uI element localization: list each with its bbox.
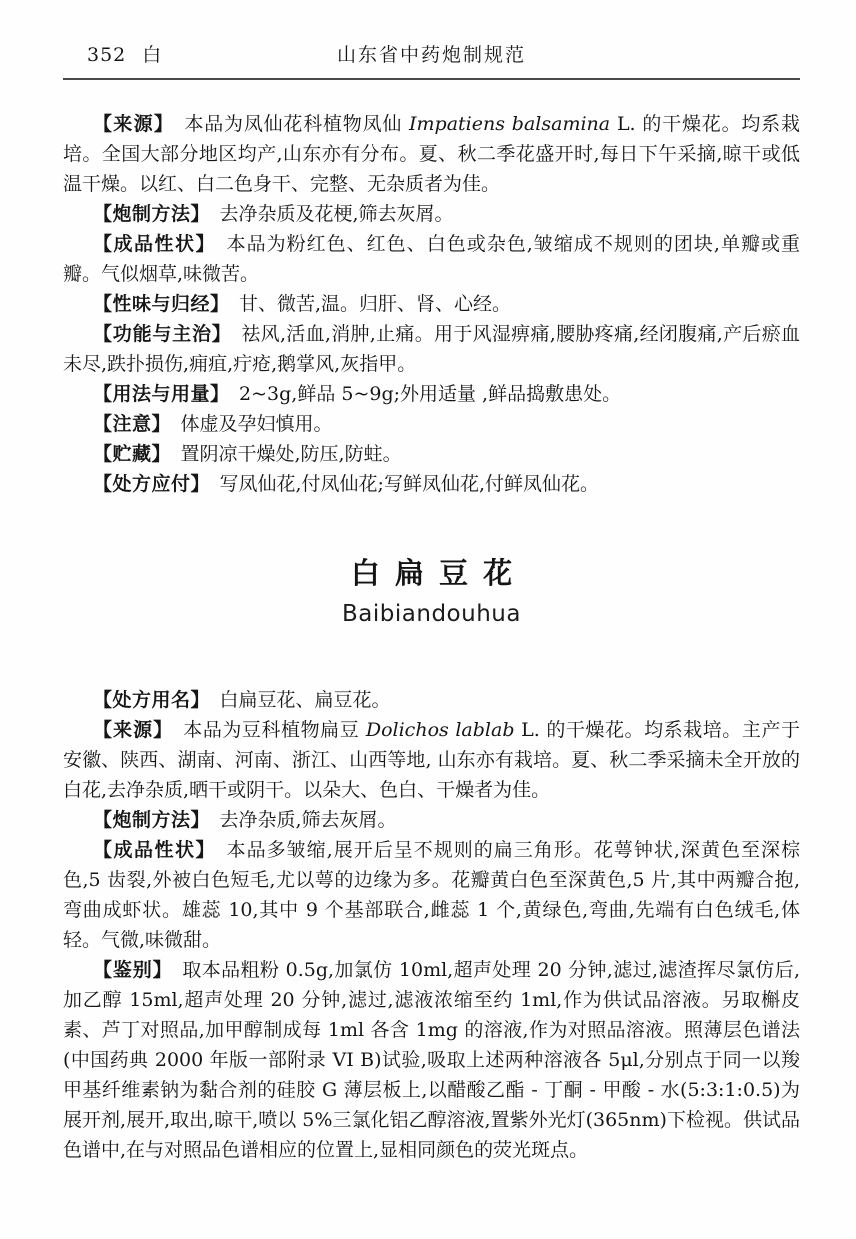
paragraph: 【成品性状】 本品多皱缩,展开后呈不规则的扁三角形。花萼钟状,深黄色至深棕色,5… bbox=[63, 835, 800, 955]
section-label: 【成品性状】 bbox=[93, 839, 207, 861]
section-label: 【用法与用量】 bbox=[93, 383, 220, 405]
section-label: 【注意】 bbox=[93, 413, 162, 435]
text-run: 本品为凤仙花科植物凤仙 bbox=[165, 113, 409, 135]
text-run: 白扁豆花、扁豆花。 bbox=[201, 689, 391, 711]
text-run: 置阴凉干燥处,防压,防蛀。 bbox=[162, 443, 402, 465]
section-label: 【贮藏】 bbox=[93, 443, 162, 465]
monograph-heading: 白扁豆花 Baibiandouhua bbox=[63, 551, 800, 627]
section-label: 【成品性状】 bbox=[93, 233, 207, 255]
paragraph: 【性味与归经】 甘、微苦,温。归肝、肾、心经。 bbox=[63, 289, 800, 319]
latin-binomial: Dolichos lablab bbox=[366, 719, 515, 741]
text-run: 去净杂质及花梗,筛去灰屑。 bbox=[201, 203, 454, 225]
text-run: 2~3g,鲜品 5~9g;外用适量 ,鲜品捣敷患处。 bbox=[220, 383, 621, 405]
paragraph: 【功能与主治】 祛风,活血,消肿,止痛。用于风湿痹痛,腰胁疼痛,经闭腹痛,产后瘀… bbox=[63, 319, 800, 379]
text-run: 写凤仙花,付凤仙花;写鲜凤仙花,付鲜凤仙花。 bbox=[201, 473, 599, 495]
page-header: 352白 山东省中药炮制规范 bbox=[63, 42, 800, 80]
section-label: 【来源】 bbox=[93, 113, 165, 135]
paragraph: 【鉴别】 取本品粗粉 0.5g,加氯仿 10ml,超声处理 20 分钟,滤过,滤… bbox=[63, 955, 800, 1165]
monograph-baibiandouhua-body: 【处方用名】 白扁豆花、扁豆花。【来源】 本品为豆科植物扁豆 Dolichos … bbox=[63, 685, 800, 1165]
text-run: 取本品粗粉 0.5g,加氯仿 10ml,超声处理 20 分钟,滤过,滤渣挥尽氯仿… bbox=[63, 959, 800, 1161]
text-run: 本品为豆科植物扁豆 bbox=[164, 719, 366, 741]
paragraph: 【用法与用量】 2~3g,鲜品 5~9g;外用适量 ,鲜品捣敷患处。 bbox=[63, 379, 800, 409]
paragraph: 【成品性状】 本品为粉红色、红色、白色或杂色,皱缩成不规则的团块,单瓣或重瓣。气… bbox=[63, 229, 800, 289]
section-label: 【炮制方法】 bbox=[93, 203, 201, 225]
section-label: 【鉴别】 bbox=[93, 959, 163, 981]
paragraph: 【处方用名】 白扁豆花、扁豆花。 bbox=[63, 685, 800, 715]
paragraph: 【来源】 本品为凤仙花科植物凤仙 Impatiens balsamina L. … bbox=[63, 109, 800, 199]
section-label: 【来源】 bbox=[93, 719, 164, 741]
latin-binomial: Impatiens balsamina bbox=[409, 113, 610, 135]
section-label: 【功能与主治】 bbox=[93, 323, 222, 345]
paragraph: 【处方应付】 写凤仙花,付凤仙花;写鲜凤仙花,付鲜凤仙花。 bbox=[63, 469, 800, 499]
text-run: 体虚及孕妇慎用。 bbox=[162, 413, 333, 435]
text-run: 去净杂质,筛去灰屑。 bbox=[201, 809, 397, 831]
running-title: 山东省中药炮制规范 bbox=[63, 42, 800, 68]
section-label: 【处方用名】 bbox=[93, 689, 201, 711]
section-label: 【性味与归经】 bbox=[93, 293, 220, 315]
paragraph: 【注意】 体虚及孕妇慎用。 bbox=[63, 409, 800, 439]
monograph-fengxianhua-body: 【来源】 本品为凤仙花科植物凤仙 Impatiens balsamina L. … bbox=[63, 109, 800, 499]
monograph-pinyin: Baibiandouhua bbox=[63, 601, 800, 627]
book-page: 352白 山东省中药炮制规范 【来源】 本品为凤仙花科植物凤仙 Impatien… bbox=[0, 0, 856, 1239]
section-label: 【处方应付】 bbox=[93, 473, 201, 495]
section-label: 【炮制方法】 bbox=[93, 809, 201, 831]
paragraph: 【炮制方法】 去净杂质,筛去灰屑。 bbox=[63, 805, 800, 835]
paragraph: 【炮制方法】 去净杂质及花梗,筛去灰屑。 bbox=[63, 199, 800, 229]
paragraph: 【贮藏】 置阴凉干燥处,防压,防蛀。 bbox=[63, 439, 800, 469]
monograph-title: 白扁豆花 bbox=[63, 551, 800, 592]
text-run: 甘、微苦,温。归肝、肾、心经。 bbox=[220, 293, 511, 315]
paragraph: 【来源】 本品为豆科植物扁豆 Dolichos lablab L. 的干燥花。均… bbox=[63, 715, 800, 805]
